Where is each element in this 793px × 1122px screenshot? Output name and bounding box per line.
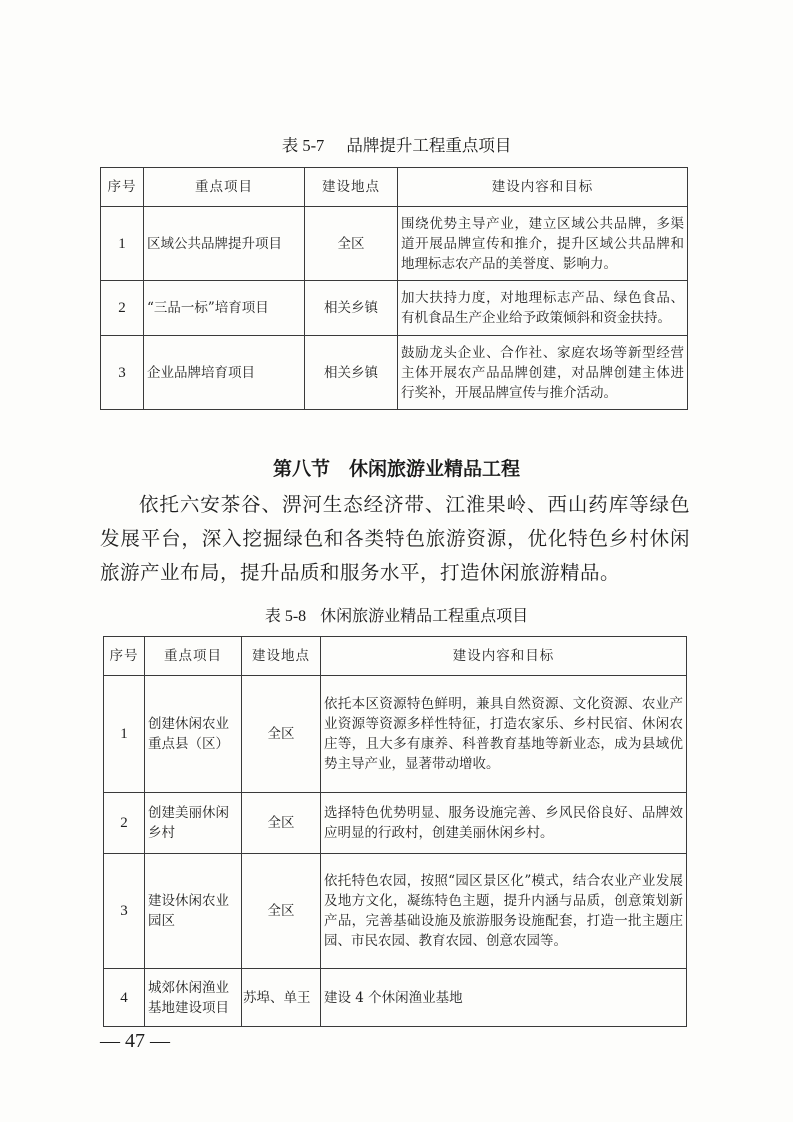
table2-caption-number: 表 5-8 [265, 608, 306, 625]
cell-project: 创建休闲农业重点县（区） [145, 676, 242, 793]
cell-location: 相关乡镇 [305, 336, 398, 410]
cell-seq: 4 [104, 969, 145, 1027]
table-row: 1 创建休闲农业重点县（区） 全区 依托本区资源特色鲜明，兼具自然资源、文化资源… [104, 676, 687, 793]
cell-project: 区域公共品牌提升项目 [144, 207, 305, 281]
cell-content: 鼓励龙头企业、合作社、家庭农场等新型经营主体开展农产品品牌创建，对品牌创建主体进… [398, 336, 688, 410]
table-row: 3 企业品牌培育项目 相关乡镇 鼓励龙头企业、合作社、家庭农场等新型经营主体开展… [101, 336, 688, 410]
table1-caption-title: 品牌提升工程重点项目 [346, 136, 511, 155]
cell-content: 依托本区资源特色鲜明，兼具自然资源、文化资源、农业产业资源等资源多样性特征，打造… [321, 676, 687, 793]
header-location: 建设地点 [242, 637, 321, 676]
cell-seq: 1 [104, 676, 145, 793]
page-number: — 47 — [100, 1030, 170, 1053]
table2-caption: 表 5-8休闲旅游业精品工程重点项目 [0, 603, 793, 626]
table1-caption: 表 5-7品牌提升工程重点项目 [0, 132, 793, 156]
cell-project: 企业品牌培育项目 [144, 336, 305, 410]
table-row: 1 区域公共品牌提升项目 全区 围绕优势主导产业，建立区域公共品牌，多渠道开展品… [101, 207, 688, 281]
cell-content: 依托特色农园，按照“园区景区化”模式，结合农业产业发展及地方文化，凝练特色主题，… [321, 854, 687, 969]
cell-seq: 3 [101, 336, 144, 410]
table2-caption-title: 休闲旅游业精品工程重点项目 [320, 606, 528, 625]
cell-location: 相关乡镇 [305, 281, 398, 336]
header-content: 建设内容和目标 [321, 637, 687, 676]
cell-seq: 2 [101, 281, 144, 336]
header-content: 建设内容和目标 [398, 168, 688, 207]
cell-project: “三品一标”培育项目 [144, 281, 305, 336]
header-location: 建设地点 [305, 168, 398, 207]
section-heading: 第八节 休闲旅游业精品工程 [0, 454, 793, 481]
table-row: 2 “三品一标”培育项目 相关乡镇 加大扶持力度，对地理标志产品、绿色食品、有机… [101, 281, 688, 336]
cell-seq: 3 [104, 854, 145, 969]
leisure-tourism-projects-table: 序号 重点项目 建设地点 建设内容和目标 1 创建休闲农业重点县（区） 全区 依… [103, 636, 687, 1027]
table-row: 2 创建美丽休闲乡村 全区 选择特色优势明显、服务设施完善、乡风民俗良好、品牌效… [104, 793, 687, 854]
header-project: 重点项目 [144, 168, 305, 207]
cell-location: 全区 [242, 676, 321, 793]
table-row: 4 城郊休闲渔业基地建设项目 苏埠、单王 建设 4 个休闲渔业基地 [104, 969, 687, 1027]
cell-content: 建设 4 个休闲渔业基地 [321, 969, 687, 1027]
brand-projects-table: 序号 重点项目 建设地点 建设内容和目标 1 区域公共品牌提升项目 全区 围绕优… [100, 167, 688, 410]
cell-seq: 1 [101, 207, 144, 281]
cell-project: 创建美丽休闲乡村 [145, 793, 242, 854]
cell-location: 全区 [242, 854, 321, 969]
cell-seq: 2 [104, 793, 145, 854]
cell-project: 建设休闲农业园区 [145, 854, 242, 969]
cell-content: 加大扶持力度，对地理标志产品、绿色食品、有机食品生产企业给予政策倾斜和资金扶持。 [398, 281, 688, 336]
header-seq: 序号 [104, 637, 145, 676]
table1-caption-number: 表 5-7 [282, 136, 325, 155]
header-seq: 序号 [101, 168, 144, 207]
table-row: 3 建设休闲农业园区 全区 依托特色农园，按照“园区景区化”模式，结合农业产业发… [104, 854, 687, 969]
header-project: 重点项目 [145, 637, 242, 676]
table-header-row: 序号 重点项目 建设地点 建设内容和目标 [101, 168, 688, 207]
cell-location: 苏埠、单王 [242, 969, 321, 1027]
table-header-row: 序号 重点项目 建设地点 建设内容和目标 [104, 637, 687, 676]
cell-location: 全区 [305, 207, 398, 281]
cell-location: 全区 [242, 793, 321, 854]
section-paragraph: 依托六安茶谷、淠河生态经济带、江淮果岭、西山药库等绿色发展平台，深入挖掘绿色和各… [100, 488, 690, 590]
cell-content: 选择特色优势明显、服务设施完善、乡风民俗良好、品牌效应明显的行政村，创建美丽休闲… [321, 793, 687, 854]
cell-project: 城郊休闲渔业基地建设项目 [145, 969, 242, 1027]
cell-content: 围绕优势主导产业，建立区域公共品牌，多渠道开展品牌宣传和推介，提升区域公共品牌和… [398, 207, 688, 281]
